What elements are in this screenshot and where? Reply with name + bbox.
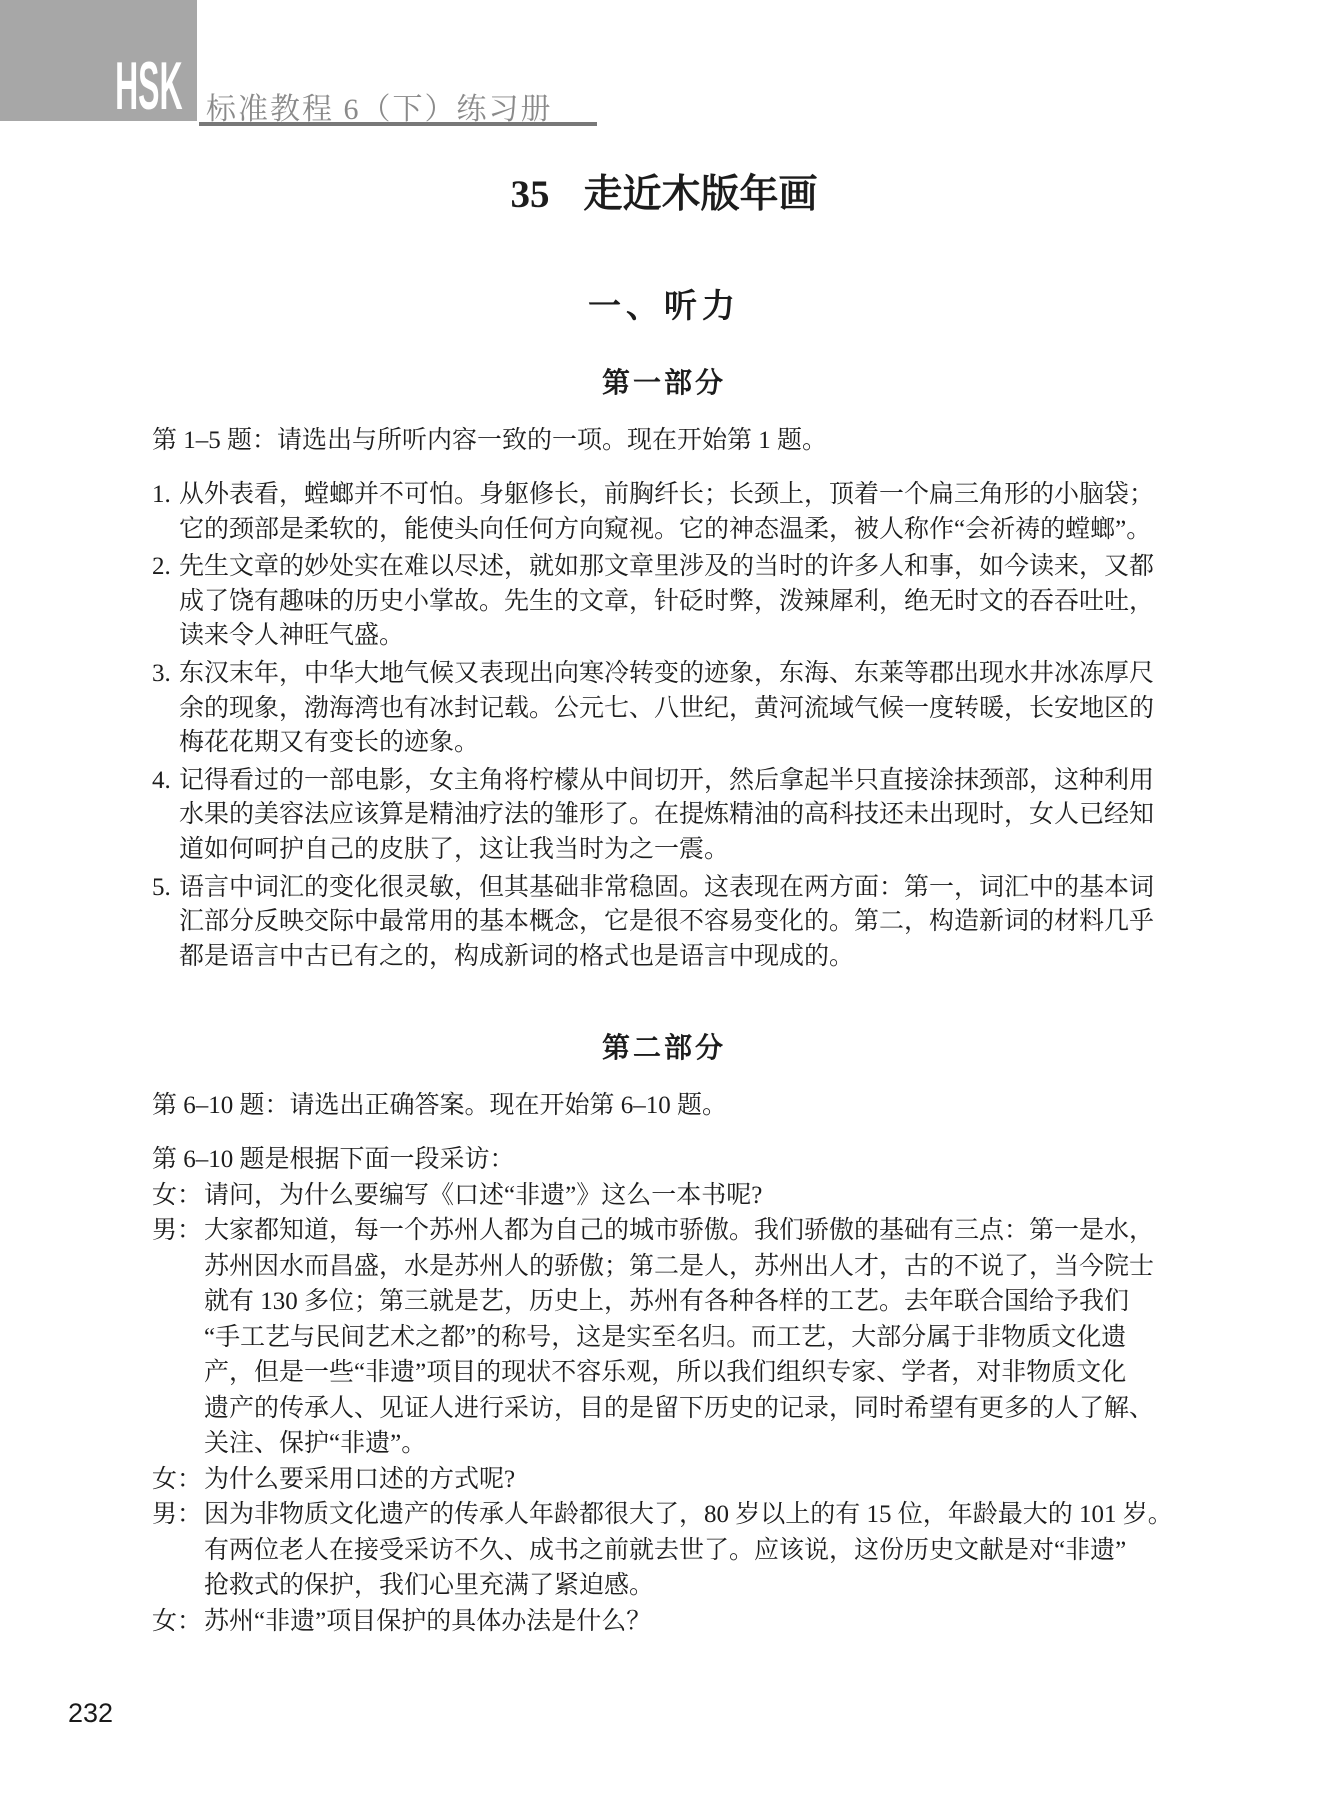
dialogue-line: 就有 130 多位；第三就是艺，历史上，苏州有各种各样的工艺。去年联合国给予我们 xyxy=(204,1284,1218,1320)
dialogue-line: 遗产的传承人、见证人进行采访，目的是留下历史的记录，同时希望有更多的人了解、 xyxy=(204,1391,1218,1427)
dialogue-line: 产，但是一些“非遗”项目的现状不容乐观，所以我们组织专家、学者，对非物质文化 xyxy=(204,1355,1218,1391)
item-line: 汇部分反映交际中最常用的基本概念，它是很不容易变化的。第二，构造新词的材料几乎 xyxy=(179,905,1218,940)
speaker-label: 女： xyxy=(152,1604,202,1640)
dialogue-line: 大家都知道，每一个苏州人都为自己的城市骄傲。我们骄傲的基础有三点：第一是水， xyxy=(204,1213,1218,1249)
interview-intro: 第 6–10 题是根据下面一段采访： xyxy=(152,1142,1218,1178)
speaker-label: 女： xyxy=(152,1178,202,1214)
item-line: 它的颈部是柔软的，能使头向任何方向窥视。它的神态温柔，被人称作“会祈祷的螳螂”。 xyxy=(179,513,1218,548)
item-lines: 先生文章的妙处实在难以尽述，就如那文章里涉及的当时的许多人和事，如今读来，又都成… xyxy=(179,550,1218,654)
dialogue-turn-3: 女： 为什么要采用口述的方式呢? xyxy=(152,1462,1218,1498)
interview-block: 第 6–10 题是根据下面一段采访： 女： 请问，为什么要编写《口述“非遗”》这… xyxy=(152,1142,1218,1639)
dialogue-line: 关注、保护“非遗”。 xyxy=(204,1426,1218,1462)
item-line: 梅花花期又有变长的迹象。 xyxy=(179,726,1218,761)
dialogue-lines: 请问，为什么要编写《口述“非遗”》这么一本书呢? xyxy=(204,1178,1218,1214)
item-line: 语言中词汇的变化很灵敏，但其基础非常稳固。这表现在两方面：第一，词汇中的基本词 xyxy=(179,871,1218,906)
item-line: 成了饶有趣味的历史小掌故。先生的文章，针砭时弊，泼辣犀利，绝无时文的吞吞吐吐， xyxy=(179,585,1218,620)
listening-item-5: 5. 语言中词汇的变化很灵敏，但其基础非常稳固。这表现在两方面：第一，词汇中的基… xyxy=(152,871,1218,975)
item-line: 道如何呵护自己的皮肤了，这让我当时为之一震。 xyxy=(179,833,1218,868)
dialogue-line: 因为非物质文化遗产的传承人年龄都很大了，80 岁以上的有 15 位，年龄最大的 … xyxy=(204,1497,1218,1533)
speaker-label: 男： xyxy=(152,1213,202,1249)
item-number: 5. xyxy=(152,871,171,906)
item-lines: 语言中词汇的变化很灵敏，但其基础非常稳固。这表现在两方面：第一，词汇中的基本词汇… xyxy=(179,871,1218,975)
page-number: 232 xyxy=(68,1698,113,1729)
dialogue-lines: 为什么要采用口述的方式呢? xyxy=(204,1462,1218,1498)
dialogue-turn-1: 女： 请问，为什么要编写《口述“非遗”》这么一本书呢? xyxy=(152,1178,1218,1214)
dialogue-turn-2: 男： 大家都知道，每一个苏州人都为自己的城市骄傲。我们骄傲的基础有三点：第一是水… xyxy=(152,1213,1218,1462)
item-number: 3. xyxy=(152,657,171,692)
dialogue-line: 苏州“非遗”项目保护的具体办法是什么？ xyxy=(204,1604,1218,1640)
hsk-logo: HSK xyxy=(116,52,183,120)
item-number: 4. xyxy=(152,764,171,799)
dialogue-line: 请问，为什么要编写《口述“非遗”》这么一本书呢? xyxy=(204,1178,1218,1214)
listening-items: 1. 从外表看，螳螂并不可怕。身躯修长，前胸纤长；长颈上，顶着一个扁三角形的小脑… xyxy=(152,478,1218,977)
header-rule xyxy=(199,122,597,126)
item-line: 余的现象，渤海湾也有冰封记载。公元七、八世纪，黄河流域气候一度转暖，长安地区的 xyxy=(179,692,1218,727)
listening-item-2: 2. 先生文章的妙处实在难以尽述，就如那文章里涉及的当时的许多人和事，如今读来，… xyxy=(152,550,1218,654)
part2-instruction: 第 6–10 题：请选出正确答案。现在开始第 6–10 题。 xyxy=(152,1085,1208,1121)
item-line: 记得看过的一部电影，女主角将柠檬从中间切开，然后拿起半只直接涂抹颈部，这种利用 xyxy=(179,764,1218,799)
lesson-title: 35走近木版年画 xyxy=(0,163,1328,219)
dialogue-turn-4: 男： 因为非物质文化遗产的传承人年龄都很大了，80 岁以上的有 15 位，年龄最… xyxy=(152,1497,1218,1604)
dialogue-lines: 因为非物质文化遗产的传承人年龄都很大了，80 岁以上的有 15 位，年龄最大的 … xyxy=(204,1497,1218,1604)
item-lines: 记得看过的一部电影，女主角将柠檬从中间切开，然后拿起半只直接涂抹颈部，这种利用水… xyxy=(179,764,1218,868)
header-logo-block: HSK xyxy=(0,0,197,121)
item-line: 读来令人神旺气盛。 xyxy=(179,619,1218,654)
section-title-listening: 一、听力 xyxy=(0,280,1328,327)
item-number: 1. xyxy=(152,478,171,513)
dialogue-line: 抢救式的保护，我们心里充满了紧迫感。 xyxy=(204,1568,1218,1604)
dialogue-turn-5: 女： 苏州“非遗”项目保护的具体办法是什么？ xyxy=(152,1604,1218,1640)
item-lines: 从外表看，螳螂并不可怕。身躯修长，前胸纤长；长颈上，顶着一个扁三角形的小脑袋；它… xyxy=(179,478,1218,547)
item-line: 先生文章的妙处实在难以尽述，就如那文章里涉及的当时的许多人和事，如今读来，又都 xyxy=(179,550,1218,585)
part1-heading: 第一部分 xyxy=(0,361,1328,401)
item-line: 都是语言中古已有之的，构成新词的格式也是语言中现成的。 xyxy=(179,940,1218,975)
speaker-label: 男： xyxy=(152,1497,202,1533)
part1-instruction: 第 1–5 题：请选出与所听内容一致的一项。现在开始第 1 题。 xyxy=(152,420,1208,456)
listening-item-1: 1. 从外表看，螳螂并不可怕。身躯修长，前胸纤长；长颈上，顶着一个扁三角形的小脑… xyxy=(152,478,1218,547)
item-lines: 东汉末年，中华大地气候又表现出向寒冷转变的迹象，东海、东莱等郡出现水井冰冻厚尺余… xyxy=(179,657,1218,761)
dialogue-lines: 大家都知道，每一个苏州人都为自己的城市骄傲。我们骄傲的基础有三点：第一是水，苏州… xyxy=(204,1213,1218,1462)
dialogue-line: 有两位老人在接受采访不久、成书之前就去世了。应该说，这份历史文献是对“非遗” xyxy=(204,1533,1218,1569)
item-line: 从外表看，螳螂并不可怕。身躯修长，前胸纤长；长颈上，顶着一个扁三角形的小脑袋； xyxy=(179,478,1218,513)
listening-item-4: 4. 记得看过的一部电影，女主角将柠檬从中间切开，然后拿起半只直接涂抹颈部，这种… xyxy=(152,764,1218,868)
speaker-label: 女： xyxy=(152,1462,202,1498)
dialogue-line: 为什么要采用口述的方式呢? xyxy=(204,1462,1218,1498)
dialogue-line: “手工艺与民间艺术之都”的称号，这是实至名归。而工艺，大部分属于非物质文化遗 xyxy=(204,1320,1218,1356)
item-line: 水果的美容法应该算是精油疗法的雏形了。在提炼精油的高科技还未出现时，女人已经知 xyxy=(179,798,1218,833)
part2-heading: 第二部分 xyxy=(0,1026,1328,1066)
textbook-page: { "colors": { "header_block": "#a7a7a7",… xyxy=(0,0,1328,1800)
dialogue-line: 苏州因水而昌盛，水是苏州人的骄傲；第二是人，苏州出人才，古的不说了，当今院士 xyxy=(204,1249,1218,1285)
item-line: 东汉末年，中华大地气候又表现出向寒冷转变的迹象，东海、东莱等郡出现水井冰冻厚尺 xyxy=(179,657,1218,692)
listening-item-3: 3. 东汉末年，中华大地气候又表现出向寒冷转变的迹象，东海、东莱等郡出现水井冰冻… xyxy=(152,657,1218,761)
lesson-title-text: 走近木版年画 xyxy=(583,173,817,216)
dialogue-lines: 苏州“非遗”项目保护的具体办法是什么？ xyxy=(204,1604,1218,1640)
lesson-number: 35 xyxy=(510,173,549,216)
item-number: 2. xyxy=(152,550,171,585)
